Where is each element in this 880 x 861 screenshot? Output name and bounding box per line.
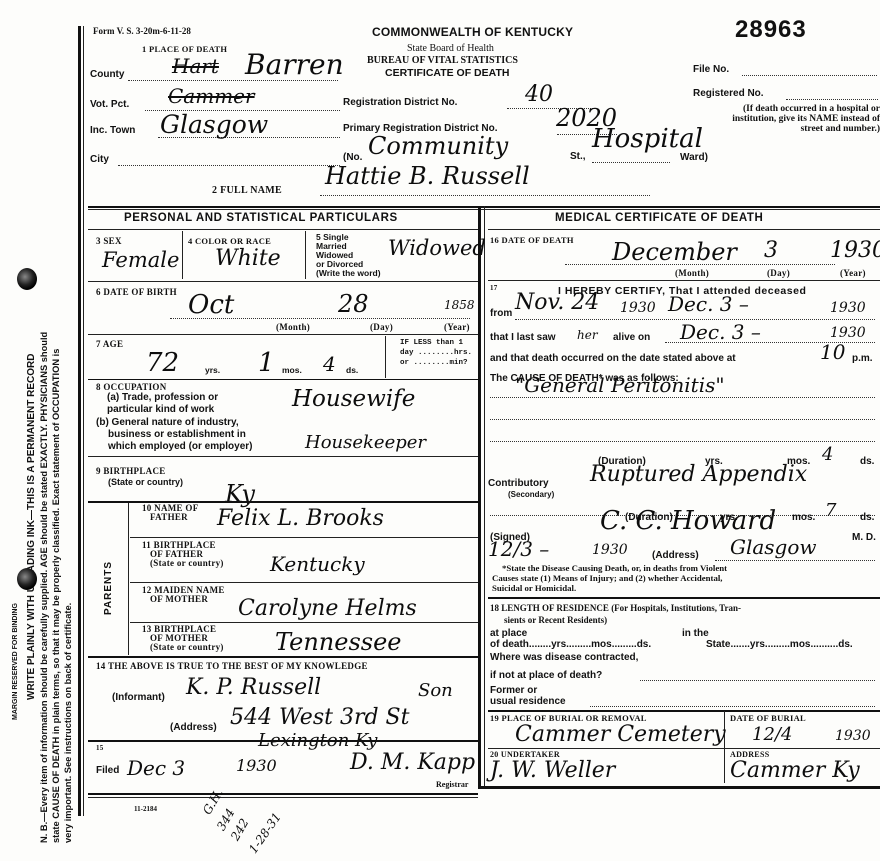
county-label: County (90, 69, 124, 80)
bureau-title: BUREAU OF VITAL STATISTICS (367, 55, 518, 66)
binding-margin: MARGIN RESERVED FOR BINDING WRITE PLAINL… (0, 0, 80, 861)
dod-month: December (612, 238, 737, 266)
attended-to-year: 1930 (830, 300, 866, 316)
age-mos-caption: mos. (282, 365, 302, 375)
place-of-death-label: 1 PLACE OF DEATH (142, 44, 227, 54)
dob-year-caption: (Year) (444, 322, 470, 332)
informant-label: (Informant) (112, 692, 165, 703)
dob-day: 28 (338, 290, 369, 318)
dob-label: 6 DATE OF BIRTH (96, 287, 177, 297)
cause-value: "General Peritonitis" (515, 373, 725, 397)
registrar-signature: D. M. Kapp (350, 750, 475, 775)
usual-residence-label: usual residence (490, 696, 566, 707)
sex-value: Female (102, 248, 179, 272)
certificate-title: CERTIFICATE OF DEATH (385, 67, 509, 79)
filed-label: Filed (96, 765, 119, 776)
form-left-border (78, 26, 81, 816)
certify-number: 17 (490, 284, 498, 292)
burial-date-label: DATE OF BURIAL (730, 713, 806, 723)
attended-from-year: 1930 (620, 300, 656, 316)
occupation-b-label: (b) General nature of industry, business… (96, 417, 252, 453)
dod-day-caption: (Day) (767, 268, 790, 278)
dod-label: 16 DATE OF DEATH (490, 235, 574, 245)
birthplace-value: Ky (225, 480, 255, 508)
less-than-day: IF LESS than 1 day ........hrs. or .....… (400, 338, 472, 368)
form-left-border-inner (83, 26, 84, 816)
ward-label: Ward) (680, 152, 708, 163)
column-divider (478, 206, 481, 786)
parents-label: PARENTS (103, 561, 114, 615)
instruction-line-4: very important. See instructions on back… (63, 603, 73, 843)
age-yrs-caption: yrs. (205, 365, 220, 375)
county-value: Barren (245, 48, 344, 81)
city-label: City (90, 154, 109, 165)
alive-on-label: alive on (613, 332, 650, 343)
contributory-label: Contributory (488, 478, 549, 489)
dod-day: 3 (764, 238, 778, 263)
mother-birthplace-value: Tennessee (275, 628, 402, 656)
mother-birthplace-label: 13 BIRTHPLACE OF MOTHER (State or countr… (142, 625, 224, 652)
reg-district-label: Registration District No. (343, 97, 457, 108)
secondary-label: (Secondary) (508, 490, 554, 499)
color-label: 4 COLOR OR RACE (188, 236, 271, 246)
duration-ds-2: ds. (860, 512, 874, 523)
sex-label: 3 SEX (96, 236, 122, 246)
contributory-value: Ruptured Appendix (590, 462, 807, 487)
inc-town-label: Inc. Town (90, 125, 135, 136)
hospital-note: (If death occurred in a hospital or inst… (730, 104, 880, 134)
not-at-place-label: if not at place of death? (490, 670, 602, 681)
instruction-line-2: N. B.—Every item of information should b… (39, 332, 49, 843)
burial-date-value: 12/4 (752, 724, 792, 745)
primary-duration-days: 4 (822, 444, 833, 465)
informant-relation: Son (418, 680, 453, 701)
time-suffix: p.m. (852, 353, 873, 364)
occupation-a-label: (a) Trade, profession or particular kind… (107, 392, 218, 416)
contrib-duration-days: 7 (825, 500, 836, 521)
board-title: State Board of Health (407, 43, 494, 54)
undertaker-address-value: Cammer Ky (730, 758, 860, 783)
form-number: Form V. S. 3-20m-6-11-28 (93, 26, 191, 36)
age-months: 1 (258, 348, 275, 378)
marital-label: 5 Single Married Widowed or Divorced (Wr… (316, 233, 381, 278)
file-no-label: File No. (693, 64, 729, 75)
residence-label: 18 LENGTH OF RESIDENCE (For Hospitals, I… (490, 602, 741, 626)
dob-month: Oct (188, 290, 234, 320)
marital-value: Widowed (388, 236, 486, 260)
md-label: M. D. (852, 532, 876, 543)
birthplace-label: 9 BIRTHPLACE (96, 466, 166, 476)
commonwealth-title: COMMONWEALTH OF KENTUCKY (372, 25, 573, 39)
age-days: 4 (323, 352, 336, 376)
father-name-label: 10 NAME OF FATHER (142, 504, 199, 522)
dob-year: 1858 (444, 298, 475, 312)
state-residence: State.......yrs.........mos..........ds. (706, 639, 853, 650)
signed-year: 1930 (592, 542, 628, 558)
father-birthplace-label: 11 BIRTHPLACE OF FATHER (State or countr… (142, 541, 224, 568)
duration-mos-2: mos. (792, 512, 815, 523)
occupation-label: 8 OCCUPATION (96, 382, 167, 392)
county-struck-value: Hart (172, 54, 219, 78)
binding-hole-bottom (17, 568, 37, 590)
registered-no-label: Registered No. (693, 88, 764, 99)
knowledge-statement: 14 THE ABOVE IS TRUE TO THE BEST OF MY K… (96, 661, 368, 671)
medical-section-title: MEDICAL CERTIFICATE OF DEATH (555, 212, 763, 224)
physician-signature: C. C. Howard (600, 506, 776, 536)
age-label: 7 AGE (96, 339, 123, 349)
full-name-label: 2 FULL NAME (212, 185, 282, 196)
informant-address-label: (Address) (170, 722, 217, 733)
filed-year: 1930 (236, 756, 277, 775)
in-the-label: in the (682, 628, 709, 639)
burial-place-value: Cammer Cemetery (515, 722, 726, 747)
from-label: from (490, 308, 512, 319)
vot-pct-label: Vot. Pct. (90, 99, 129, 110)
full-name-value: Hattie B. Russell (325, 162, 530, 190)
instruction-line-3: state CAUSE OF DEATH in plain terms, so … (51, 349, 61, 843)
last-saw-pronoun: her (577, 328, 598, 342)
attended-from: Nov. 24 (515, 290, 599, 315)
duration-ds-1: ds. (860, 456, 874, 467)
former-label: Former or (490, 685, 537, 696)
undertaker-value: J. W. Weller (490, 758, 615, 783)
reg-district-value: 40 (525, 82, 553, 107)
occurred-statement: and that death occurred on the date stat… (490, 353, 736, 364)
st-label: St., (570, 151, 586, 162)
color-value: White (215, 246, 281, 271)
filed-number: 15 (96, 744, 104, 752)
mother-name-value: Carolyne Helms (238, 596, 417, 621)
street-number-value: Community (368, 132, 508, 160)
age-ds-caption: ds. (346, 365, 358, 375)
street-value: Hospital (592, 124, 703, 154)
father-birthplace-value: Kentucky (270, 552, 365, 576)
dod-year-caption: (Year) (840, 268, 866, 278)
age-years: 72 (146, 348, 179, 378)
father-name-value: Felix L. Brooks (217, 506, 384, 531)
signature-address-value: Glasgow (730, 535, 817, 559)
personal-section-title: PERSONAL AND STATISTICAL PARTICULARS (124, 212, 398, 224)
informant-address-line1: 544 West 3rd St (230, 705, 409, 730)
dod-year: 1930 (830, 238, 880, 263)
instruction-line-1: WRITE PLAINLY WITH UNFADING INK—THIS IS … (26, 354, 37, 701)
margin-note-4: 1-28-31 (246, 810, 284, 856)
registrar-label: Registrar (436, 780, 468, 789)
burial-year: 1930 (835, 728, 871, 744)
occupation-a-value: Housewife (292, 386, 415, 412)
last-saw-label: that I last saw (490, 332, 556, 343)
informant-value: K. P. Russell (186, 675, 321, 700)
attended-to: Dec. 3 – (668, 292, 749, 316)
at-place-label: at place (490, 628, 527, 639)
binding-hole-top (17, 268, 37, 290)
mother-name-label: 12 MAIDEN NAME OF MOTHER (142, 586, 225, 604)
alive-on-value: Dec. 3 – (680, 320, 761, 344)
cause-footnote: *State the Disease Causing Death, or, in… (492, 563, 727, 593)
inc-town-value: Glasgow (160, 110, 268, 139)
of-death-residence: of death........yrs.........mos.........… (490, 639, 651, 650)
form-code: 11-2184 (134, 805, 157, 813)
dob-month-caption: (Month) (276, 322, 310, 332)
filed-date: Dec 3 (127, 756, 185, 780)
dod-month-caption: (Month) (675, 268, 709, 278)
vot-pct-value: Cammer (168, 84, 255, 108)
signature-address-label: (Address) (652, 550, 699, 561)
signed-date: 12/3 – (488, 537, 549, 561)
time-of-death: 10 (820, 340, 845, 364)
occupation-b-value: Housekeeper (305, 432, 426, 453)
certificate-number: 28963 (735, 16, 807, 44)
margin-reserved-text: MARGIN RESERVED FOR BINDING (12, 603, 19, 720)
contracted-label: Where was disease contracted, (490, 652, 638, 663)
dob-day-caption: (Day) (370, 322, 393, 332)
birthplace-sublabel: (State or country) (108, 477, 183, 487)
alive-on-year: 1930 (830, 325, 866, 341)
